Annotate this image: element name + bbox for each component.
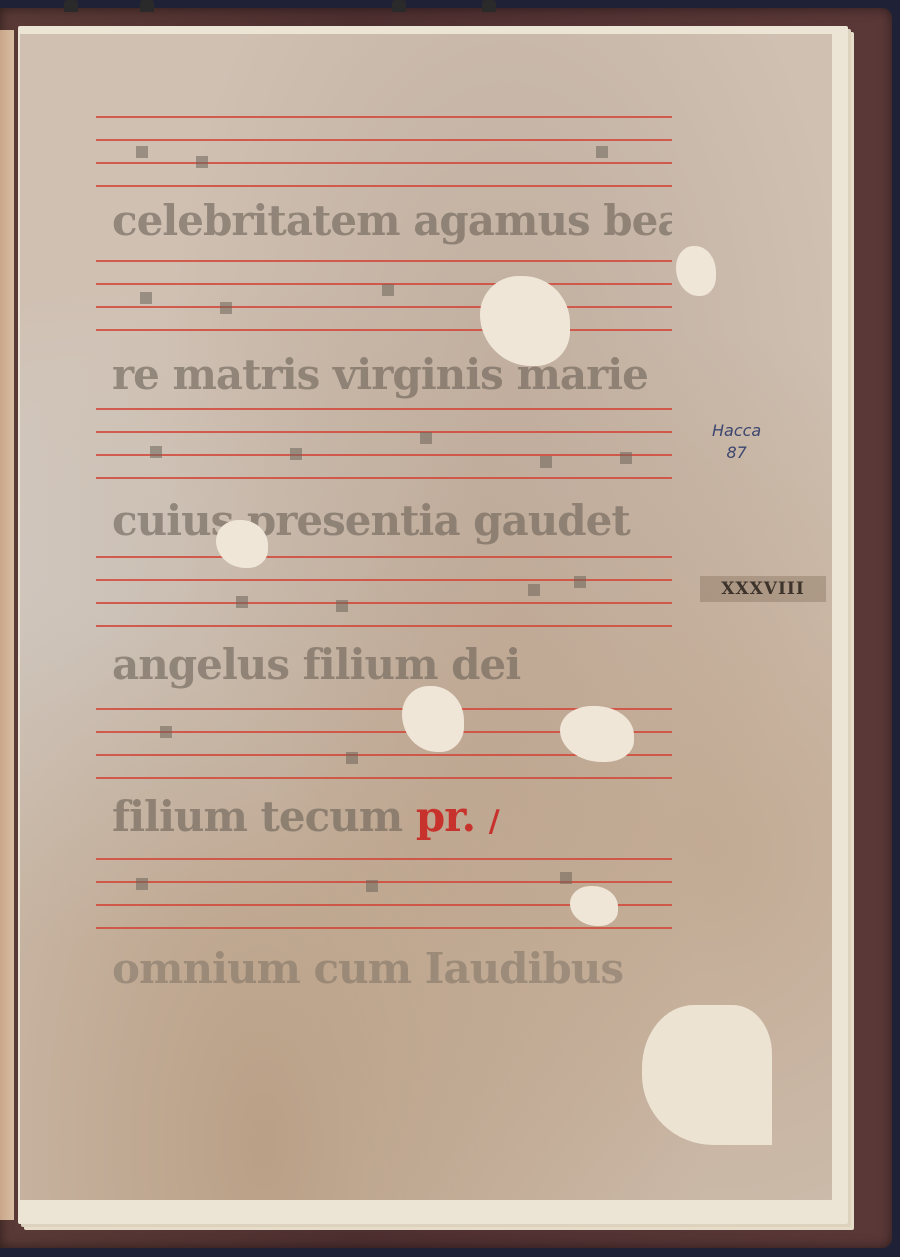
clasp <box>140 0 154 12</box>
rubric-stroke: / <box>489 804 499 839</box>
music-staff <box>96 408 672 500</box>
neume <box>540 456 552 468</box>
music-staff <box>96 260 672 352</box>
torn-corner <box>642 1005 772 1145</box>
shelfmark-number: 87 <box>712 442 761 464</box>
music-staff <box>96 116 672 208</box>
shelfmark-annotation: Hacca 87 <box>712 420 761 464</box>
rubric-marker: pr. <box>416 792 475 841</box>
clasp <box>64 0 78 12</box>
neume <box>336 600 348 612</box>
folio-number: XXXVIII <box>700 576 826 602</box>
music-staff <box>96 556 672 648</box>
chant-text-line: filium tecum pr. / <box>112 792 672 841</box>
neume <box>136 878 148 890</box>
neume <box>596 146 608 158</box>
neume <box>560 872 572 884</box>
clasp <box>392 0 406 12</box>
neume <box>420 432 432 444</box>
neume <box>528 584 540 596</box>
neume <box>346 752 358 764</box>
neume <box>382 284 394 296</box>
neume <box>290 448 302 460</box>
chant-text-line: omnium cum Iaudibus <box>112 944 672 993</box>
clasp <box>482 0 496 12</box>
neume <box>136 146 148 158</box>
facing-page-edge <box>0 30 14 1220</box>
neume <box>236 596 248 608</box>
neume <box>620 452 632 464</box>
neume <box>574 576 586 588</box>
neume <box>366 880 378 892</box>
neume <box>140 292 152 304</box>
chant-text-line: cuius presentia gaudet <box>112 496 672 545</box>
chant-text: filium tecum <box>112 792 402 841</box>
shelfmark-label: Hacca <box>712 420 761 442</box>
neume <box>150 446 162 458</box>
neume <box>160 726 172 738</box>
chant-text-line: re matris virginis marie <box>112 350 672 399</box>
neume <box>196 156 208 168</box>
chant-text-line: angelus filium dei <box>112 640 672 689</box>
chant-text-line: celebritatem agamus beatissime <box>112 196 672 245</box>
neume <box>220 302 232 314</box>
